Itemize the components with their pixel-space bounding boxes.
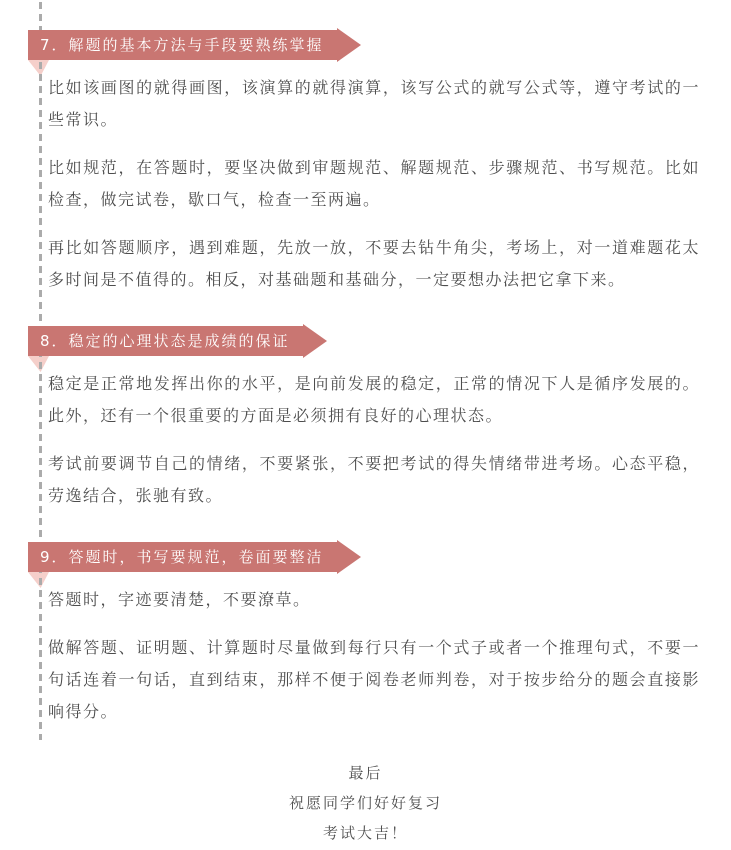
ribbon-arrow-icon [337, 540, 361, 574]
section-8-header: 8．稳定的心理状态是成绩的保证 [0, 326, 731, 356]
paragraph: 比如该画图的就得画图，该演算的就得演算，该写公式的就写公式等，遵守考试的一些常识… [48, 72, 700, 136]
paragraph: 比如规范，在答题时，要坚决做到审题规范、解题规范、步骤规范、书写规范。比如检查，… [48, 152, 700, 216]
closing-line: 考试大吉！ [0, 818, 731, 848]
paragraph: 再比如答题顺序，遇到难题，先放一放，不要去钻牛角尖，考场上，对一道难题花太多时间… [48, 232, 700, 296]
section-title-banner: 9．答题时，书写要规范，卷面要整洁 [28, 542, 337, 572]
closing-line: 最后 [0, 758, 731, 788]
closing-message: 最后 祝愿同学们好好复习 考试大吉！ [0, 758, 731, 848]
section-9-header: 9．答题时，书写要规范，卷面要整洁 [0, 542, 731, 572]
section-title-banner: 8．稳定的心理状态是成绩的保证 [28, 326, 303, 356]
section-8-title: 8．稳定的心理状态是成绩的保证 [40, 332, 290, 350]
section-title-banner: 7．解题的基本方法与手段要熟练掌握 [28, 30, 337, 60]
closing-line: 祝愿同学们好好复习 [0, 788, 731, 818]
paragraph: 稳定是正常地发挥出你的水平，是向前发展的稳定，正常的情况下人是循序发展的。此外，… [48, 368, 700, 432]
ribbon-arrow-icon [303, 324, 327, 358]
paragraph: 答题时，字迹要清楚，不要潦草。 [48, 584, 700, 616]
section-7-title: 7．解题的基本方法与手段要熟练掌握 [40, 36, 324, 54]
article: 7．解题的基本方法与手段要熟练掌握 比如该画图的就得画图，该演算的就得演算，该写… [0, 0, 731, 848]
ribbon-arrow-icon [337, 28, 361, 62]
section-7-header: 7．解题的基本方法与手段要熟练掌握 [0, 30, 731, 60]
section-9-title: 9．答题时，书写要规范，卷面要整洁 [40, 548, 324, 566]
paragraph: 做解答题、证明题、计算题时尽量做到每行只有一个式子或者一个推理句式，不要一句话连… [48, 632, 700, 728]
dashed-guide-line [39, 2, 42, 740]
paragraph: 考试前要调节自己的情绪，不要紧张，不要把考试的得失情绪带进考场。心态平稳，劳逸结… [48, 448, 700, 512]
